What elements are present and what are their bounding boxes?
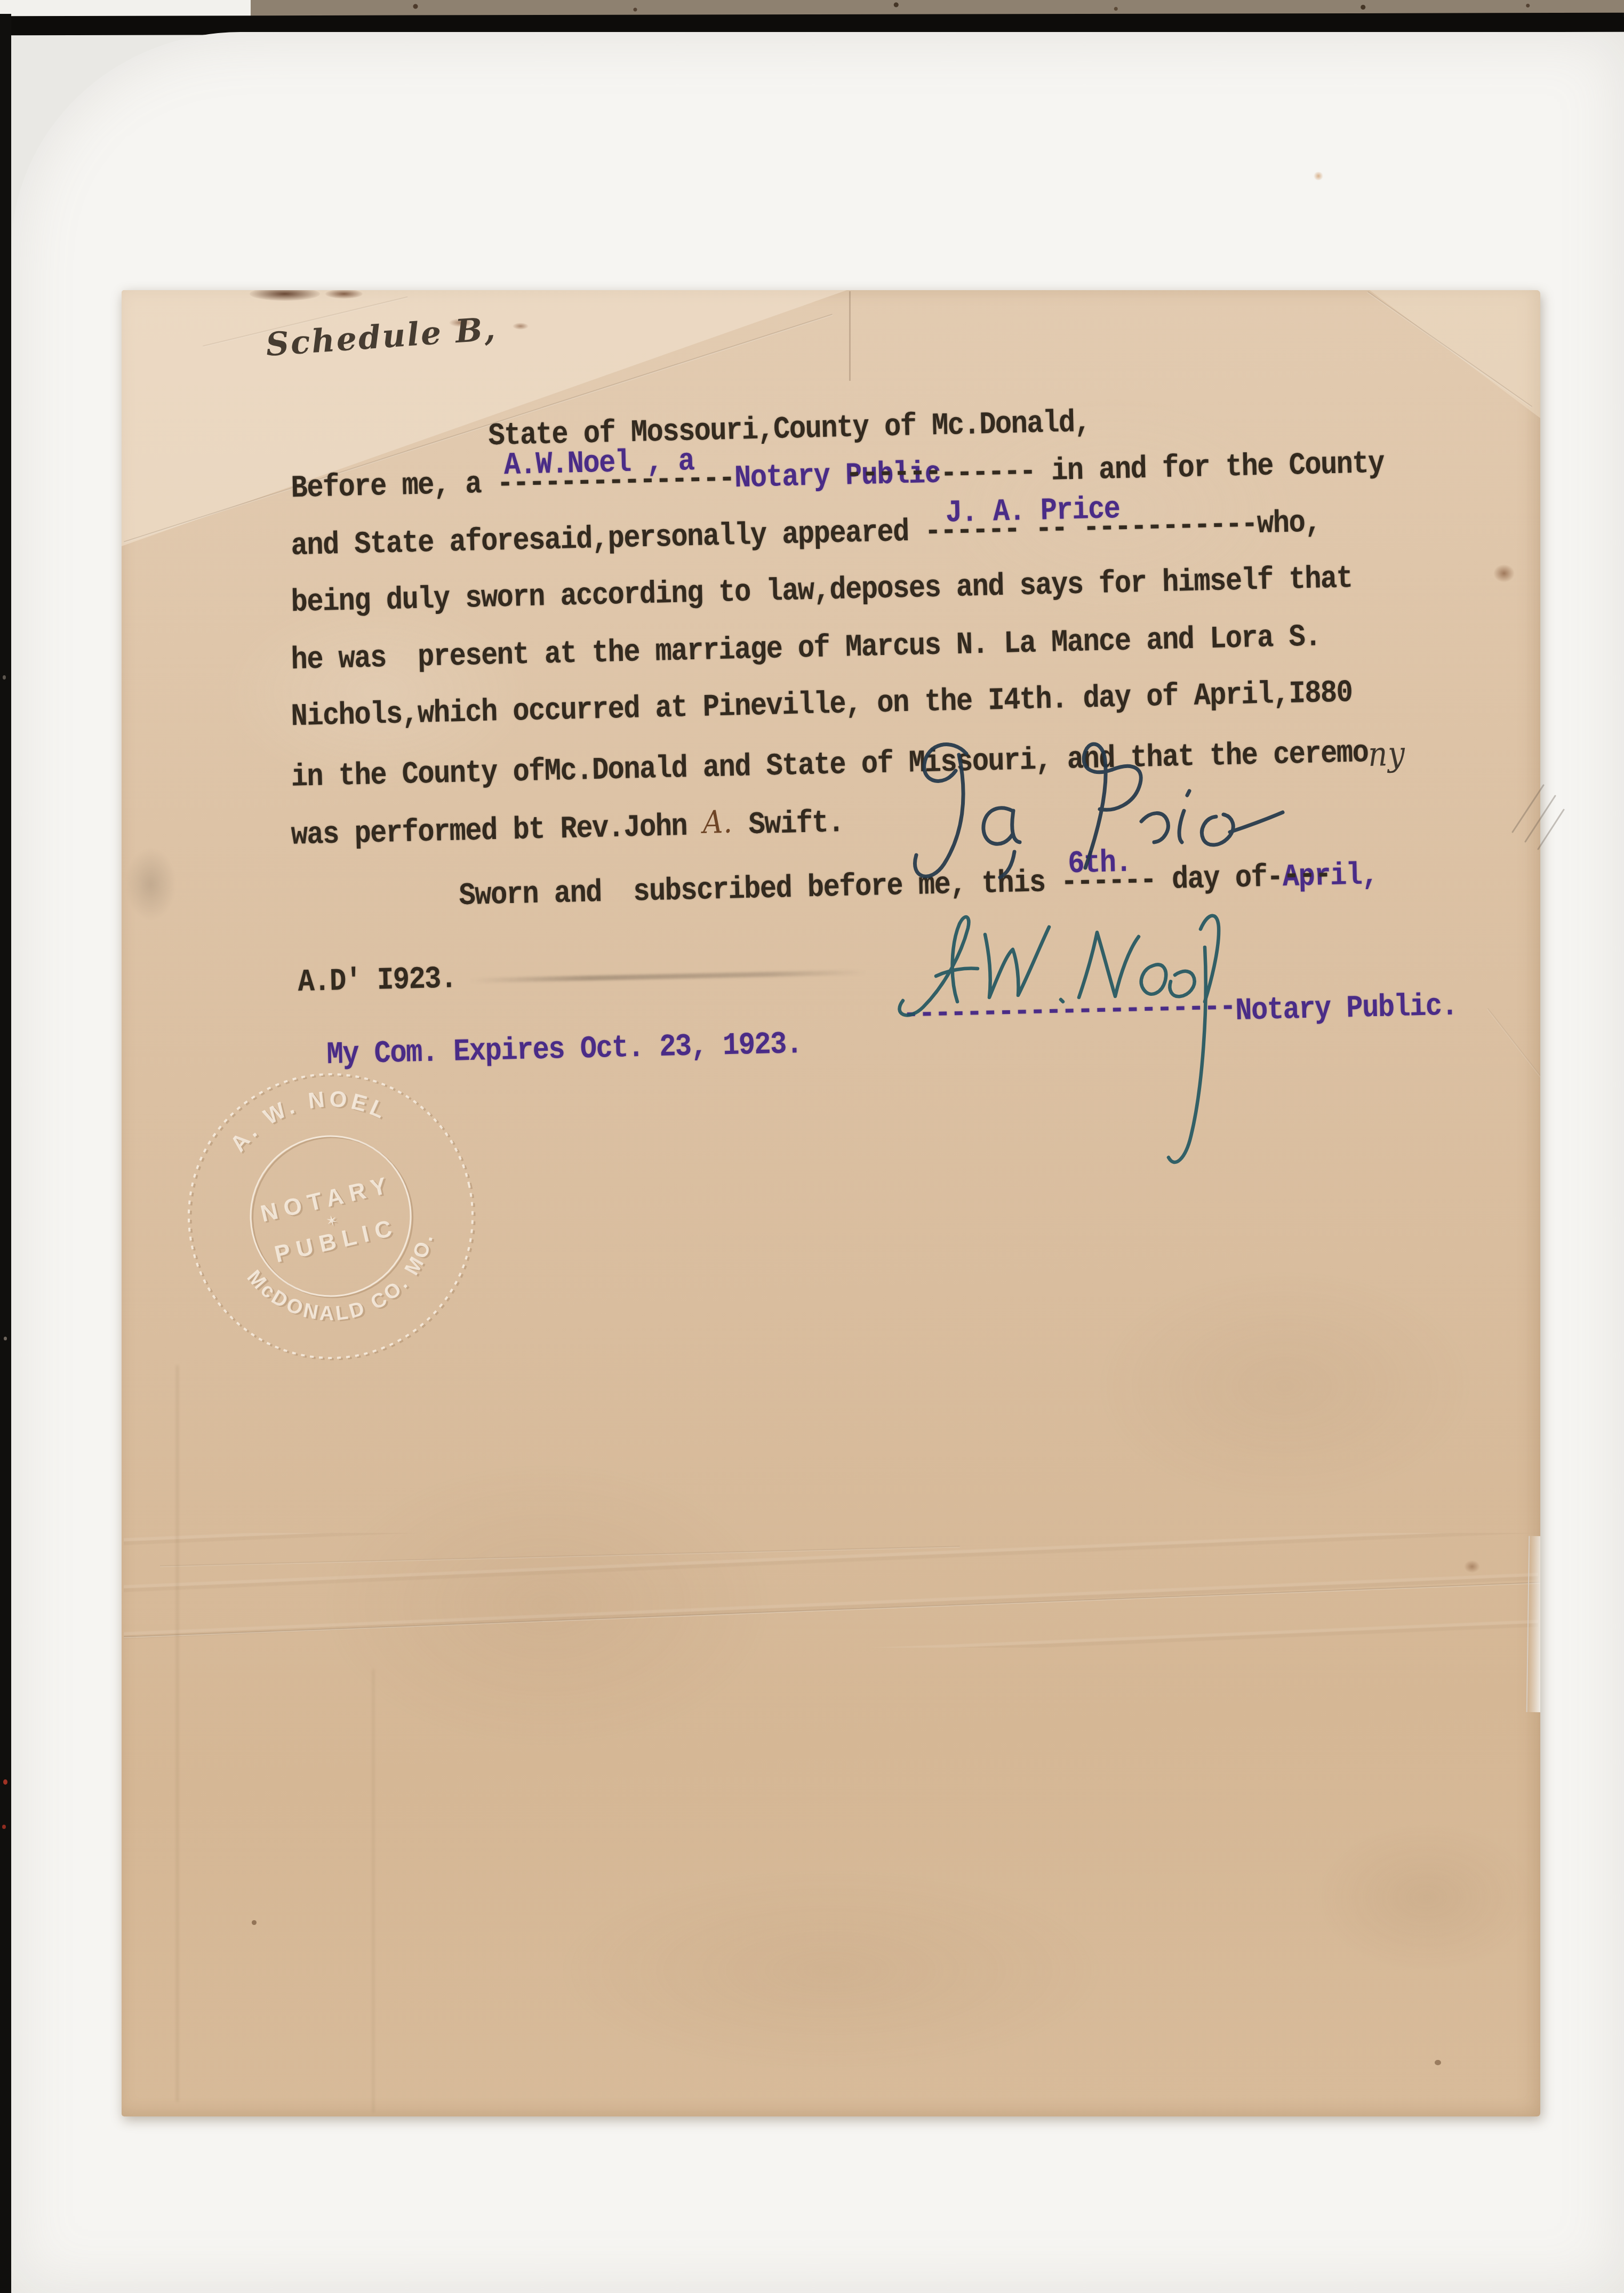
line2-notary-word: Notary — [734, 458, 845, 496]
scanner-edge-bar-left — [0, 14, 11, 2293]
edge-fleck — [3, 1779, 7, 1785]
inserted-name-japrice: J. A. Price — [945, 493, 1120, 530]
handwritten-swift-initial: A. — [702, 806, 733, 839]
scanner-corner-gap — [0, 0, 267, 16]
struck-month-april: April--- — [1282, 860, 1362, 894]
handwritten-ceremony-suffix: ny — [1368, 738, 1406, 772]
seal-emboss-layer: A. W. NOEL McDONALD CO. MO. NOTARY ✶ PUB… — [176, 1061, 485, 1371]
fill-in-witness-name: J. A. Price------ -- ----------- — [924, 508, 1258, 548]
overstrike-dashes: ------ — [845, 456, 941, 491]
stain-spot — [513, 323, 529, 330]
fill-in-notary-name: A.W.Noel , a--------------- — [497, 462, 735, 500]
edge-fleck — [3, 675, 6, 680]
line3-suffix: who, — [1257, 505, 1321, 542]
foxing-spot — [1313, 172, 1324, 180]
streak-vertical — [372, 1669, 374, 2112]
notary-public-label: Notary Public. — [1235, 990, 1458, 1027]
typed-line-ad-1923: A.D' I923. — [298, 963, 457, 999]
inserted-day-6th: 6th. — [1068, 846, 1132, 881]
month-overstrike: --- — [1283, 859, 1331, 892]
embossed-notary-seal: A. W. NOEL McDONALD CO. MO. NOTARY ✶ PUB… — [176, 1061, 485, 1371]
line2-prefix: Before me, a — [291, 466, 498, 506]
line10-text: A.D' I923. — [298, 961, 457, 1000]
line9-dash: - — [1267, 860, 1283, 896]
line9-mid: day of — [1156, 860, 1267, 898]
fill-in-day: 6th.------ — [1061, 864, 1157, 899]
stain-spot — [1464, 1560, 1480, 1573]
signature-dash-line: --------------------- — [902, 989, 1236, 1032]
inserted-name-awnoel: A.W.Noel , a — [503, 445, 694, 482]
streak-vertical — [176, 1365, 179, 2102]
scanned-affidavit-page: A. W. NOEL McDONALD CO. MO. NOTARY ✶ PUB… — [0, 0, 1624, 2293]
margin-smudge — [125, 848, 176, 920]
line2-post-dashes: ------ — [940, 454, 1036, 492]
struck-word-public: Public------ — [845, 458, 941, 492]
line8-suffix: Swift. — [732, 805, 844, 843]
edge-tear-right — [1526, 1536, 1540, 1712]
edge-fleck — [4, 1337, 7, 1340]
speck — [252, 1920, 257, 1925]
speck — [1435, 2060, 1441, 2065]
crease-vertical-top — [849, 291, 851, 381]
stain-spot — [1493, 564, 1515, 582]
line9-comma: , — [1362, 858, 1378, 893]
edge-fleck — [2, 1825, 6, 1829]
